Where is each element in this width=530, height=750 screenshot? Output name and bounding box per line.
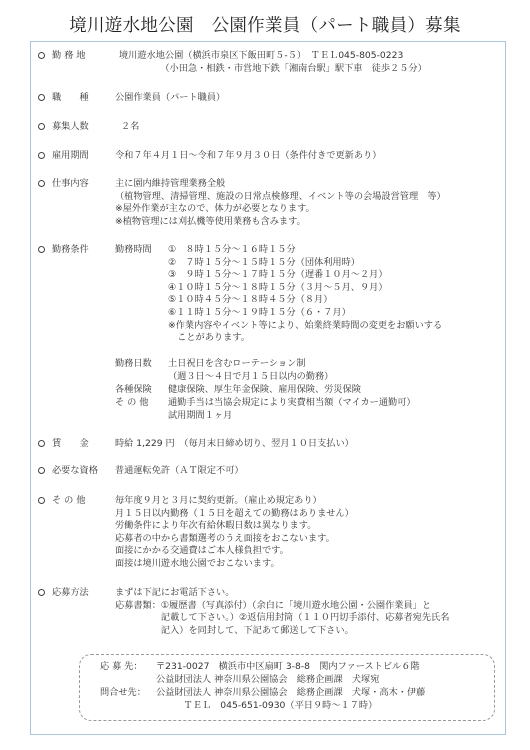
circle-bullet-icon — [38, 440, 45, 447]
section-label: 賃 金 — [52, 438, 89, 451]
circle-bullet-icon — [38, 123, 45, 130]
work-hours-line: ③ ９時１５分～１７時１５分（遅番１０月～２月） — [168, 269, 442, 282]
section-label: 必要な資格 — [52, 465, 98, 478]
insurance-label: 各種保険 — [115, 384, 152, 397]
section-label: 勤 務 地 — [52, 50, 85, 63]
work-hours-line: ④１０時１５分～１８時１５分（３月～５月、９月） — [168, 282, 442, 295]
section-label: そ の 他 — [52, 495, 85, 508]
work-hours-note: ※作業内容やイベント等により、始業終業時間の変更をお願いする — [168, 320, 442, 333]
work-days-line: 土日祝日を含むローテーション制 — [168, 358, 333, 371]
work-hours-line: ② ７時１５分～１５時１５分（団体利用時） — [168, 257, 442, 270]
circle-bullet-icon — [38, 497, 45, 504]
job-description-line: 主に園内維持管理業務全般 — [115, 178, 446, 191]
job-description-note: ※植物管理には刈払機等使用業務も含みます。 — [115, 216, 446, 229]
application-line: 応募書類：①履歴書（写真添付）（余白に「境川遊水地公園・公園作業員」と — [115, 600, 449, 613]
page-title: 境川遊水地公園 公園作業員（パート職員）募集 — [0, 12, 530, 37]
work-hours-label: 勤務時間 — [115, 244, 152, 257]
work-days-line: （週３日～４日で月１５日以内の勤務） — [168, 371, 333, 384]
insurance-value: 健康保険、厚生年金保険、雇用保険、労災保険 — [168, 384, 361, 397]
employment-period-value: 令和７年４月１日～令和７年９月３０日（条件付きで更新あり） — [115, 150, 381, 163]
circle-bullet-icon — [38, 94, 45, 101]
work-hours-line: ① ８時１５分～１６時１５分 — [168, 244, 442, 257]
inquiry-contacts: 公益財団法人 神奈川県公園協会 総務企画課 犬塚・高木・伊藤 — [156, 686, 425, 699]
misc-line: 応募者の中から書類選考のうえ面接をおこないます。 — [115, 533, 354, 546]
send-to-label: 応 募 先： — [100, 660, 143, 673]
job-description-note: ※屋外作業が主なので、体力が必要となります。 — [115, 203, 446, 216]
section-label: 応募方法 — [52, 587, 89, 600]
other-conditions-line: 通勤手当は当協会規定により実費相当額（マイカー通勤可） — [168, 397, 416, 410]
misc-line: 面接にかかる交通費はご本人様負担です。 — [115, 545, 354, 558]
application-line: 記入）を同封して、下記あて郵送して下さい。 — [115, 625, 449, 638]
circle-bullet-icon — [38, 246, 45, 253]
work-days-label: 勤務日数 — [115, 358, 152, 371]
misc-line: 面接は境川遊水地公園でおこないます。 — [115, 558, 354, 571]
misc-line: 月１５日以内勤務（１５日を超えての勤務はありません） — [115, 508, 354, 521]
circle-bullet-icon — [38, 589, 45, 596]
section-label: 募集人数 — [52, 121, 89, 134]
section-label: 仕事内容 — [52, 178, 89, 191]
circle-bullet-icon — [38, 467, 45, 474]
send-to-recipient: 公益財団法人 神奈川県公園協会 総務企画課 犬塚宛 — [156, 673, 420, 686]
job-posting-frame: 勤 務 地 境川遊水地公園（横浜市泉区下飯田町５-５） ＴＥＬ045-805-0… — [30, 41, 506, 735]
work-hours-line: ⑥１１時１５分～１９時１５分（６・７月） — [168, 307, 442, 320]
other-conditions-line: 試用期間１ヶ月 — [168, 410, 416, 423]
section-label: 雇用期間 — [52, 150, 89, 163]
misc-line: 労働条件により年次有給休暇日数は異なります。 — [115, 520, 354, 533]
inquiry-phone: ＴＥＬ 045-651-0930（平日９時～１７時） — [156, 699, 425, 712]
section-label: 職 種 — [52, 92, 89, 105]
application-line: 記載して下さい。）②返信用封筒（１１０円切手添付、応募者宛先氏名 — [115, 612, 449, 625]
job-description-line: （植物管理、清掃管理、施設の日常点検修理、イベント等の会場設営管理 等） — [115, 191, 446, 204]
application-line: まずは下記にお電話下さい。 — [115, 587, 449, 600]
job-type-value: 公園作業員（パート職員） — [115, 92, 225, 105]
location-line: 境川遊水地公園（横浜市泉区下飯田町５-５） ＴＥＬ045-805-0223 — [119, 50, 427, 63]
work-hours-note: ことがあります。 — [168, 332, 442, 345]
headcount-value: ２名 — [121, 121, 139, 134]
send-to-address: 〒231-0027 横浜市中区扇町 3-8-8 関内ファーストビル６階 — [156, 660, 420, 673]
wage-value: 時給 1,229 円 （毎月末日締め切り、翌月１０日支払い） — [115, 438, 354, 451]
misc-line: 毎年度９月と３月に契約更新。（雇止め規定あり） — [115, 495, 354, 508]
location-access-line: （小田急・相鉄・市営地下鉄「湘南台駅」駅下車 徒歩２５分） — [119, 63, 427, 76]
qualification-value: 普通運転免許（ＡＴ限定不可） — [115, 465, 244, 478]
contact-box: 応 募 先： 〒231-0027 横浜市中区扇町 3-8-8 関内ファーストビル… — [79, 654, 495, 721]
circle-bullet-icon — [38, 52, 45, 59]
circle-bullet-icon — [38, 152, 45, 159]
inquiry-label: 問合せ先： — [100, 686, 146, 699]
section-label: 勤務条件 — [52, 244, 89, 257]
circle-bullet-icon — [38, 180, 45, 187]
work-hours-line: ⑤１０時４５分～１８時４５分（８月） — [168, 294, 442, 307]
other-conditions-label: そ の 他 — [115, 397, 148, 410]
